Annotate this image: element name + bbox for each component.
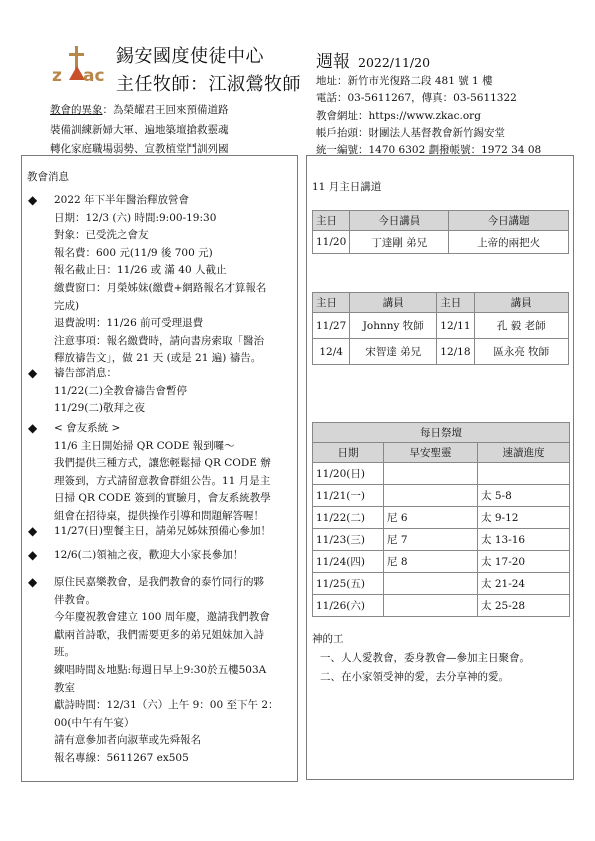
news-line: 11/27(日)聖餐主日，請弟兄姊妹預備心參加！ [54,523,290,541]
news-line: 11/22(二)全教會禱告會暫停 [54,383,290,401]
col-header: 講員 [350,293,437,313]
account-name: 帳戶抬頭：財團法人基督教會新竹錫安堂 [316,125,541,142]
cell: 太 17-20 [478,551,570,573]
news-line: 獻兩首詩歌，我們需要更多的弟兄姐妹加入詩 [54,627,290,645]
phone-fax: 電話：03-5611267，傳真：03-5611322 [316,90,541,107]
gods-work-line: 一、人人愛教會，委身教會—參加主日聚會。 [312,649,530,668]
senior-pastor: 主任牧師：江淑鶯牧師 [116,70,301,96]
news-line: 12/6(二)領袖之夜，歡迎大小家長參加！ [54,547,290,565]
vision-line: 裝備訓練新婦大軍、遍地築壇搶救靈魂 [50,121,229,141]
cell: 12/11 [437,313,474,339]
website[interactable]: 教會網址：https://www.zkac.org [316,108,541,125]
col-header: 講員 [474,293,568,313]
col-header: 速讀進度 [478,443,570,463]
diamond-bullet-icon: ◆ [28,574,37,592]
today-sermon-table: 主日 今日講員 今日講題 11/20 丁達剛 弟兄 上帝的兩把火 [312,210,569,254]
news-line: 請有意參加者向淑華或先舜報名 [54,732,290,750]
news-line: 繳費窗口：月榮姊妹(繳費+網路報名才算報名 [54,280,290,298]
vision-label: 教會的異象 [50,104,103,116]
col-header: 主日 [437,293,474,313]
bulletin-title: 週報 [316,52,350,72]
church-news-panel: 教會消息 ◆ 2022 年下半年醫治釋放營會 日期：12/3 (六) 時間:9:… [21,155,298,782]
cell: 太 5-8 [478,485,570,507]
church-name: 錫安國度使徒中心 [116,42,264,68]
upcoming-sermons-table: 主日 講員 主日 講員 11/27 Johnny 牧師 12/11 孔 毅 老師… [312,292,569,365]
cell: 太 9-12 [478,507,570,529]
cell [384,573,478,595]
cell: 太 21-24 [478,573,570,595]
cell: 宋智達 弟兄 [350,339,437,365]
news-item-member-system: ◆ < 會友系統 > 11/6 主日開始掃 QR CODE 報到囉～ 我們提供三… [28,420,290,526]
diamond-bullet-icon: ◆ [28,523,37,541]
bulletin-heading: 週報2022/11/20 [316,47,430,72]
table-row: 11/26(六)太 25-28 [313,595,570,617]
news-line: 00(中午有午宴） [54,715,290,733]
table-row: 11/20 丁達剛 弟兄 上帝的兩把火 [313,231,569,254]
cell [384,595,478,617]
news-item-healing-retreat: ◆ 2022 年下半年醫治釋放營會 日期：12/3 (六) 時間:9:00-19… [28,192,290,368]
col-header: 今日講題 [449,211,569,231]
cell: 區永亮 牧師 [474,339,568,365]
col-header: 日期 [313,443,384,463]
cell: 丁達剛 弟兄 [350,231,449,254]
church-logo: z ac [50,44,106,86]
cell: 11/23(三) [313,529,384,551]
news-line: 報名費：600 元(11/9 後 700 元) [54,245,290,263]
cell: 上帝的兩把火 [449,231,569,254]
contact-info: 地址：新竹市光復路二段 481 號 1 樓 電話：03-5611267，傳真：0… [316,73,541,159]
cell: 尼 7 [384,529,478,551]
cell: 11/27 [313,313,350,339]
news-line: 理簽到，方式請留意教會群組公告。11 月是主 [54,473,290,491]
cell: 11/22(二) [313,507,384,529]
table-row: 11/20(日) [313,463,570,485]
cell [384,463,478,485]
cell: 太 25-28 [478,595,570,617]
col-header: 今日講員 [350,211,449,231]
news-line: 對象：已受洗之會友 [54,227,290,245]
diamond-bullet-icon: ◆ [28,365,37,383]
cell: 尼 8 [384,551,478,573]
news-line: 日掃 QR CODE 簽到的實驗月，會友系統教學 [54,490,290,508]
cell: 11/20(日) [313,463,384,485]
news-item-communion: ◆ 11/27(日)聖餐主日，請弟兄姊妹預備心參加！ [28,523,290,541]
vision-line: ：為榮耀君王回來預備道路 [103,104,229,116]
cell: 太 13-16 [478,529,570,551]
table-row: 11/24(四)尼 8太 17-20 [313,551,570,573]
cell: 孔 毅 老師 [474,313,568,339]
address: 地址：新竹市光復路二段 481 號 1 樓 [316,73,541,90]
table-row: 11/23(三)尼 7太 13-16 [313,529,570,551]
news-line: 2022 年下半年醫治釋放營會 [54,192,290,210]
schedule-panel: 11 月主日講道 主日 今日講員 今日講題 11/20 丁達剛 弟兄 上帝的兩把… [306,155,574,780]
news-line: 我們提供三種方式，讓您輕鬆掃 QR CODE 辦 [54,455,290,473]
logo-icon: z ac [50,44,106,86]
diamond-bullet-icon: ◆ [28,192,37,210]
gods-work-line: 二、在小家領受神的愛，去分享神的愛。 [312,668,530,687]
cell: 11/26(六) [313,595,384,617]
cell: 11/20 [313,231,350,254]
col-header: 主日 [313,211,350,231]
diamond-bullet-icon: ◆ [28,547,37,565]
news-line: 11/6 主日開始掃 QR CODE 報到囉～ [54,438,290,456]
table-row: 11/21(一)太 5-8 [313,485,570,507]
news-line: 日期：12/3 (六) 時間:9:00-19:30 [54,210,290,228]
col-header: 主日 [313,293,350,313]
cell [384,485,478,507]
news-line: 報名截止日：11/26 或 滿 40 人截止 [54,262,290,280]
news-item-leaders-night: ◆ 12/6(二)領袖之夜，歡迎大小家長參加！ [28,547,290,565]
table-row: 12/4 宋智達 弟兄 12/18 區永亮 牧師 [313,339,569,365]
news-line: 禱告部消息： [54,365,290,383]
news-line: 伴教會。 [54,592,290,610]
news-line: 原住民嘉樂教會，是我們教會的泰竹同行的夥 [54,574,290,592]
news-line: 11/29(二)敬拜之夜 [54,400,290,418]
news-line: 練唱時間＆地點:每週日早上9:30於五樓503A [54,662,290,680]
news-item-prayer-dept: ◆ 禱告部消息： 11/22(二)全教會禱告會暫停 11/29(二)敬拜之夜 [28,365,290,418]
gods-work-section: 神的工 一、人人愛教會，委身教會—參加主日聚會。 二、在小家領受神的愛，去分享神… [312,630,530,687]
gods-work-title: 神的工 [312,630,530,649]
daily-altar-title: 每日祭壇 [313,423,570,443]
cell: Johnny 牧師 [350,313,437,339]
church-vision: 教會的異象：為榮耀君王回來預備道路 裝備訓練新婦大軍、遍地築壇搶救靈魂 轉化家庭… [50,101,229,160]
daily-altar-table: 每日祭壇 日期 早安聖靈 速讀進度 11/20(日) 11/21(一)太 5-8… [312,422,570,617]
news-title: 教會消息 [27,169,69,184]
table-row: 11/22(二)尼 6太 9-12 [313,507,570,529]
cell [478,463,570,485]
svg-text:z: z [52,66,62,86]
news-item-choir: ◆ 原住民嘉樂教會，是我們教會的泰竹同行的夥 伴教會。 今年慶祝教會建立 100… [28,574,290,768]
news-line: 退費說明：11/26 前可受理退費 [54,315,290,333]
cell: 12/4 [313,339,350,365]
svg-text:ac: ac [83,66,105,86]
news-line: 報名專線：5611267 ex505 [54,750,290,768]
sermons-title: 11 月主日講道 [312,179,381,194]
cell: 尼 6 [384,507,478,529]
cell: 11/25(五) [313,573,384,595]
bulletin-date: 2022/11/20 [358,55,430,70]
cell: 12/18 [437,339,474,365]
news-line: 注意事項：報名繳費時，請向書房索取「醫治 [54,333,290,351]
news-line: 教室 [54,680,290,698]
news-line: 今年慶祝教會建立 100 周年慶，邀請我們教會 [54,609,290,627]
cell: 11/24(四) [313,551,384,573]
col-header: 早安聖靈 [384,443,478,463]
diamond-bullet-icon: ◆ [28,420,37,438]
news-line: 班。 [54,644,290,662]
table-row: 11/27 Johnny 牧師 12/11 孔 毅 老師 [313,313,569,339]
news-line: 獻詩時間：12/31（六）上午 9：00 至下午 2： [54,697,290,715]
news-line: < 會友系統 > [54,420,290,438]
cell: 11/21(一) [313,485,384,507]
table-row: 11/25(五)太 21-24 [313,573,570,595]
news-line: 完成) [54,298,290,316]
